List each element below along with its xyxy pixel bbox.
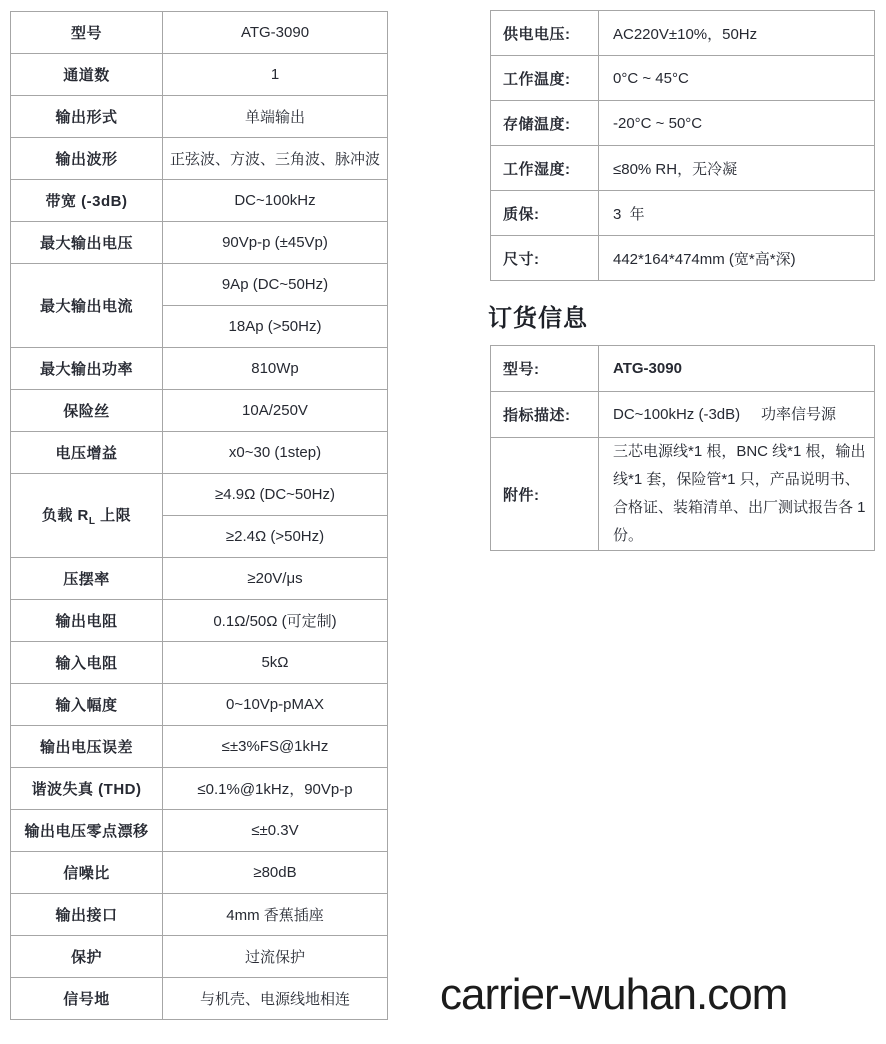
table-row: 保护 过流保护 [11,936,388,978]
table-row: 输出形式 单端输出 [11,96,388,138]
spec-label-cell: 压摆率 [11,558,163,600]
spec-label-cell: 最大输出电流 [11,264,163,348]
env-label-cell: 质保: [491,191,599,236]
table-row: 质保: 3 年 [491,191,875,236]
spec-label-cell: 谐波失真 (THD) [11,768,163,810]
order-label-cell: 型号: [491,346,599,392]
order-label-cell: 指标描述: [491,392,599,438]
env-label-cell: 尺寸: [491,236,599,281]
spec-table: 型号 ATG-3090 通道数 1 输出形式 单端输出 输出波形 正弦波、方波、… [10,11,388,1020]
spec-label-cell: 输出接口 [11,894,163,936]
spec-label-cell: 输入电阻 [11,642,163,684]
table-row: 附件: 三芯电源线*1 根，BNC 线*1 根，输出线*1 套，保险管*1 只，… [491,438,875,551]
table-row: 指标描述: DC~100kHz (-3dB) 功率信号源 [491,392,875,438]
table-row: 最大输出功率 810Wp [11,348,388,390]
spec-label-cell: 负载 RL 上限 [11,474,163,558]
table-row: 通道数 1 [11,54,388,96]
table-row: 尺寸: 442*164*474mm (宽*高*深) [491,236,875,281]
table-row: 输出电阻 0.1Ω/50Ω (可定制) [11,600,388,642]
table-row: 最大输出电流 9Ap (DC~50Hz) [11,264,388,306]
env-label-cell: 工作温度: [491,56,599,101]
spec-label-cell: 通道数 [11,54,163,96]
order-value-cell: DC~100kHz (-3dB) 功率信号源 [599,392,875,438]
table-row: 工作湿度: ≤80% RH，无冷凝 [491,146,875,191]
spec-value-cell: 正弦波、方波、三角波、脉冲波 [163,138,388,180]
table-row: 输出电压零点漂移 ≤±0.3V [11,810,388,852]
env-value-cell: 3 年 [599,191,875,236]
env-value-cell: 442*164*474mm (宽*高*深) [599,236,875,281]
load-label-text: 上限 [95,507,131,524]
load-label-text: 负载 R [42,507,89,524]
table-row: 型号 ATG-3090 [11,12,388,54]
env-label-cell: 存储温度: [491,101,599,146]
spec-value-cell: 90Vp-p (±45Vp) [163,222,388,264]
table-row: 供电电压: AC220V±10%，50Hz [491,11,875,56]
spec-label-cell: 信号地 [11,978,163,1020]
env-label-cell: 供电电压: [491,11,599,56]
spec-value-cell: 过流保护 [163,936,388,978]
spec-label-cell: 保护 [11,936,163,978]
order-info-heading: 订货信息 [488,298,588,333]
spec-value-cell: ≤0.1%@1kHz，90Vp-p [163,768,388,810]
spec-value-cell: 与机壳、电源线地相连 [163,978,388,1020]
table-row: 信噪比 ≥80dB [11,852,388,894]
spec-label-cell: 输出电压误差 [11,726,163,768]
spec-label-cell: 带宽 (-3dB) [11,180,163,222]
table-row: 型号: ATG-3090 [491,346,875,392]
table-row: 存储温度: -20°C ~ 50°C [491,101,875,146]
spec-value-cell: ≥2.4Ω (>50Hz) [163,516,388,558]
order-label-cell: 附件: [491,438,599,551]
environment-table: 供电电压: AC220V±10%，50Hz 工作温度: 0°C ~ 45°C 存… [490,10,875,281]
spec-label-cell: 输出波形 [11,138,163,180]
spec-label-cell: 输入幅度 [11,684,163,726]
table-row: 工作温度: 0°C ~ 45°C [491,56,875,101]
table-row: 最大输出电压 90Vp-p (±45Vp) [11,222,388,264]
env-value-cell: -20°C ~ 50°C [599,101,875,146]
spec-label-cell: 输出电阻 [11,600,163,642]
spec-value-cell: DC~100kHz [163,180,388,222]
spec-value-cell: 单端输出 [163,96,388,138]
table-row: 输入幅度 0~10Vp-pMAX [11,684,388,726]
spec-value-cell: ≥80dB [163,852,388,894]
order-value-cell: ATG-3090 [599,346,875,392]
spec-label-cell: 最大输出电压 [11,222,163,264]
spec-value-cell: 4mm 香蕉插座 [163,894,388,936]
spec-label-cell: 输出形式 [11,96,163,138]
spec-value-cell: ≥20V/μs [163,558,388,600]
table-row: 带宽 (-3dB) DC~100kHz [11,180,388,222]
spec-value-cell: 1 [163,54,388,96]
spec-value-cell: 10A/250V [163,390,388,432]
spec-label-cell: 电压增益 [11,432,163,474]
spec-value-cell: ATG-3090 [163,12,388,54]
spec-value-cell: ≤±0.3V [163,810,388,852]
table-row: 输出电压误差 ≤±3%FS@1kHz [11,726,388,768]
spec-value-cell: 5kΩ [163,642,388,684]
spec-sheet-page: 型号 ATG-3090 通道数 1 输出形式 单端输出 输出波形 正弦波、方波、… [0,0,886,1044]
order-info-table: 型号: ATG-3090 指标描述: DC~100kHz (-3dB) 功率信号… [490,345,875,551]
table-row: 负载 RL 上限 ≥4.9Ω (DC~50Hz) [11,474,388,516]
table-row: 信号地 与机壳、电源线地相连 [11,978,388,1020]
spec-value-cell: 9Ap (DC~50Hz) [163,264,388,306]
spec-label-cell: 保险丝 [11,390,163,432]
spec-value-cell: 0.1Ω/50Ω (可定制) [163,600,388,642]
spec-value-cell: 0~10Vp-pMAX [163,684,388,726]
env-value-cell: AC220V±10%，50Hz [599,11,875,56]
order-value-cell: 三芯电源线*1 根，BNC 线*1 根，输出线*1 套，保险管*1 只，产品说明… [599,438,875,551]
env-label-cell: 工作湿度: [491,146,599,191]
table-row: 输出波形 正弦波、方波、三角波、脉冲波 [11,138,388,180]
spec-label-cell: 信噪比 [11,852,163,894]
env-value-cell: ≤80% RH，无冷凝 [599,146,875,191]
table-row: 输出接口 4mm 香蕉插座 [11,894,388,936]
table-row: 电压增益 x0~30 (1step) [11,432,388,474]
spec-value-cell: ≥4.9Ω (DC~50Hz) [163,474,388,516]
spec-label-cell: 型号 [11,12,163,54]
table-row: 谐波失真 (THD) ≤0.1%@1kHz，90Vp-p [11,768,388,810]
table-row: 输入电阻 5kΩ [11,642,388,684]
table-row: 压摆率 ≥20V/μs [11,558,388,600]
spec-value-cell: ≤±3%FS@1kHz [163,726,388,768]
spec-label-cell: 输出电压零点漂移 [11,810,163,852]
spec-value-cell: 810Wp [163,348,388,390]
spec-value-cell: x0~30 (1step) [163,432,388,474]
spec-value-cell: 18Ap (>50Hz) [163,306,388,348]
site-watermark: carrier-wuhan.com [440,970,886,1020]
env-value-cell: 0°C ~ 45°C [599,56,875,101]
spec-label-cell: 最大输出功率 [11,348,163,390]
table-row: 保险丝 10A/250V [11,390,388,432]
